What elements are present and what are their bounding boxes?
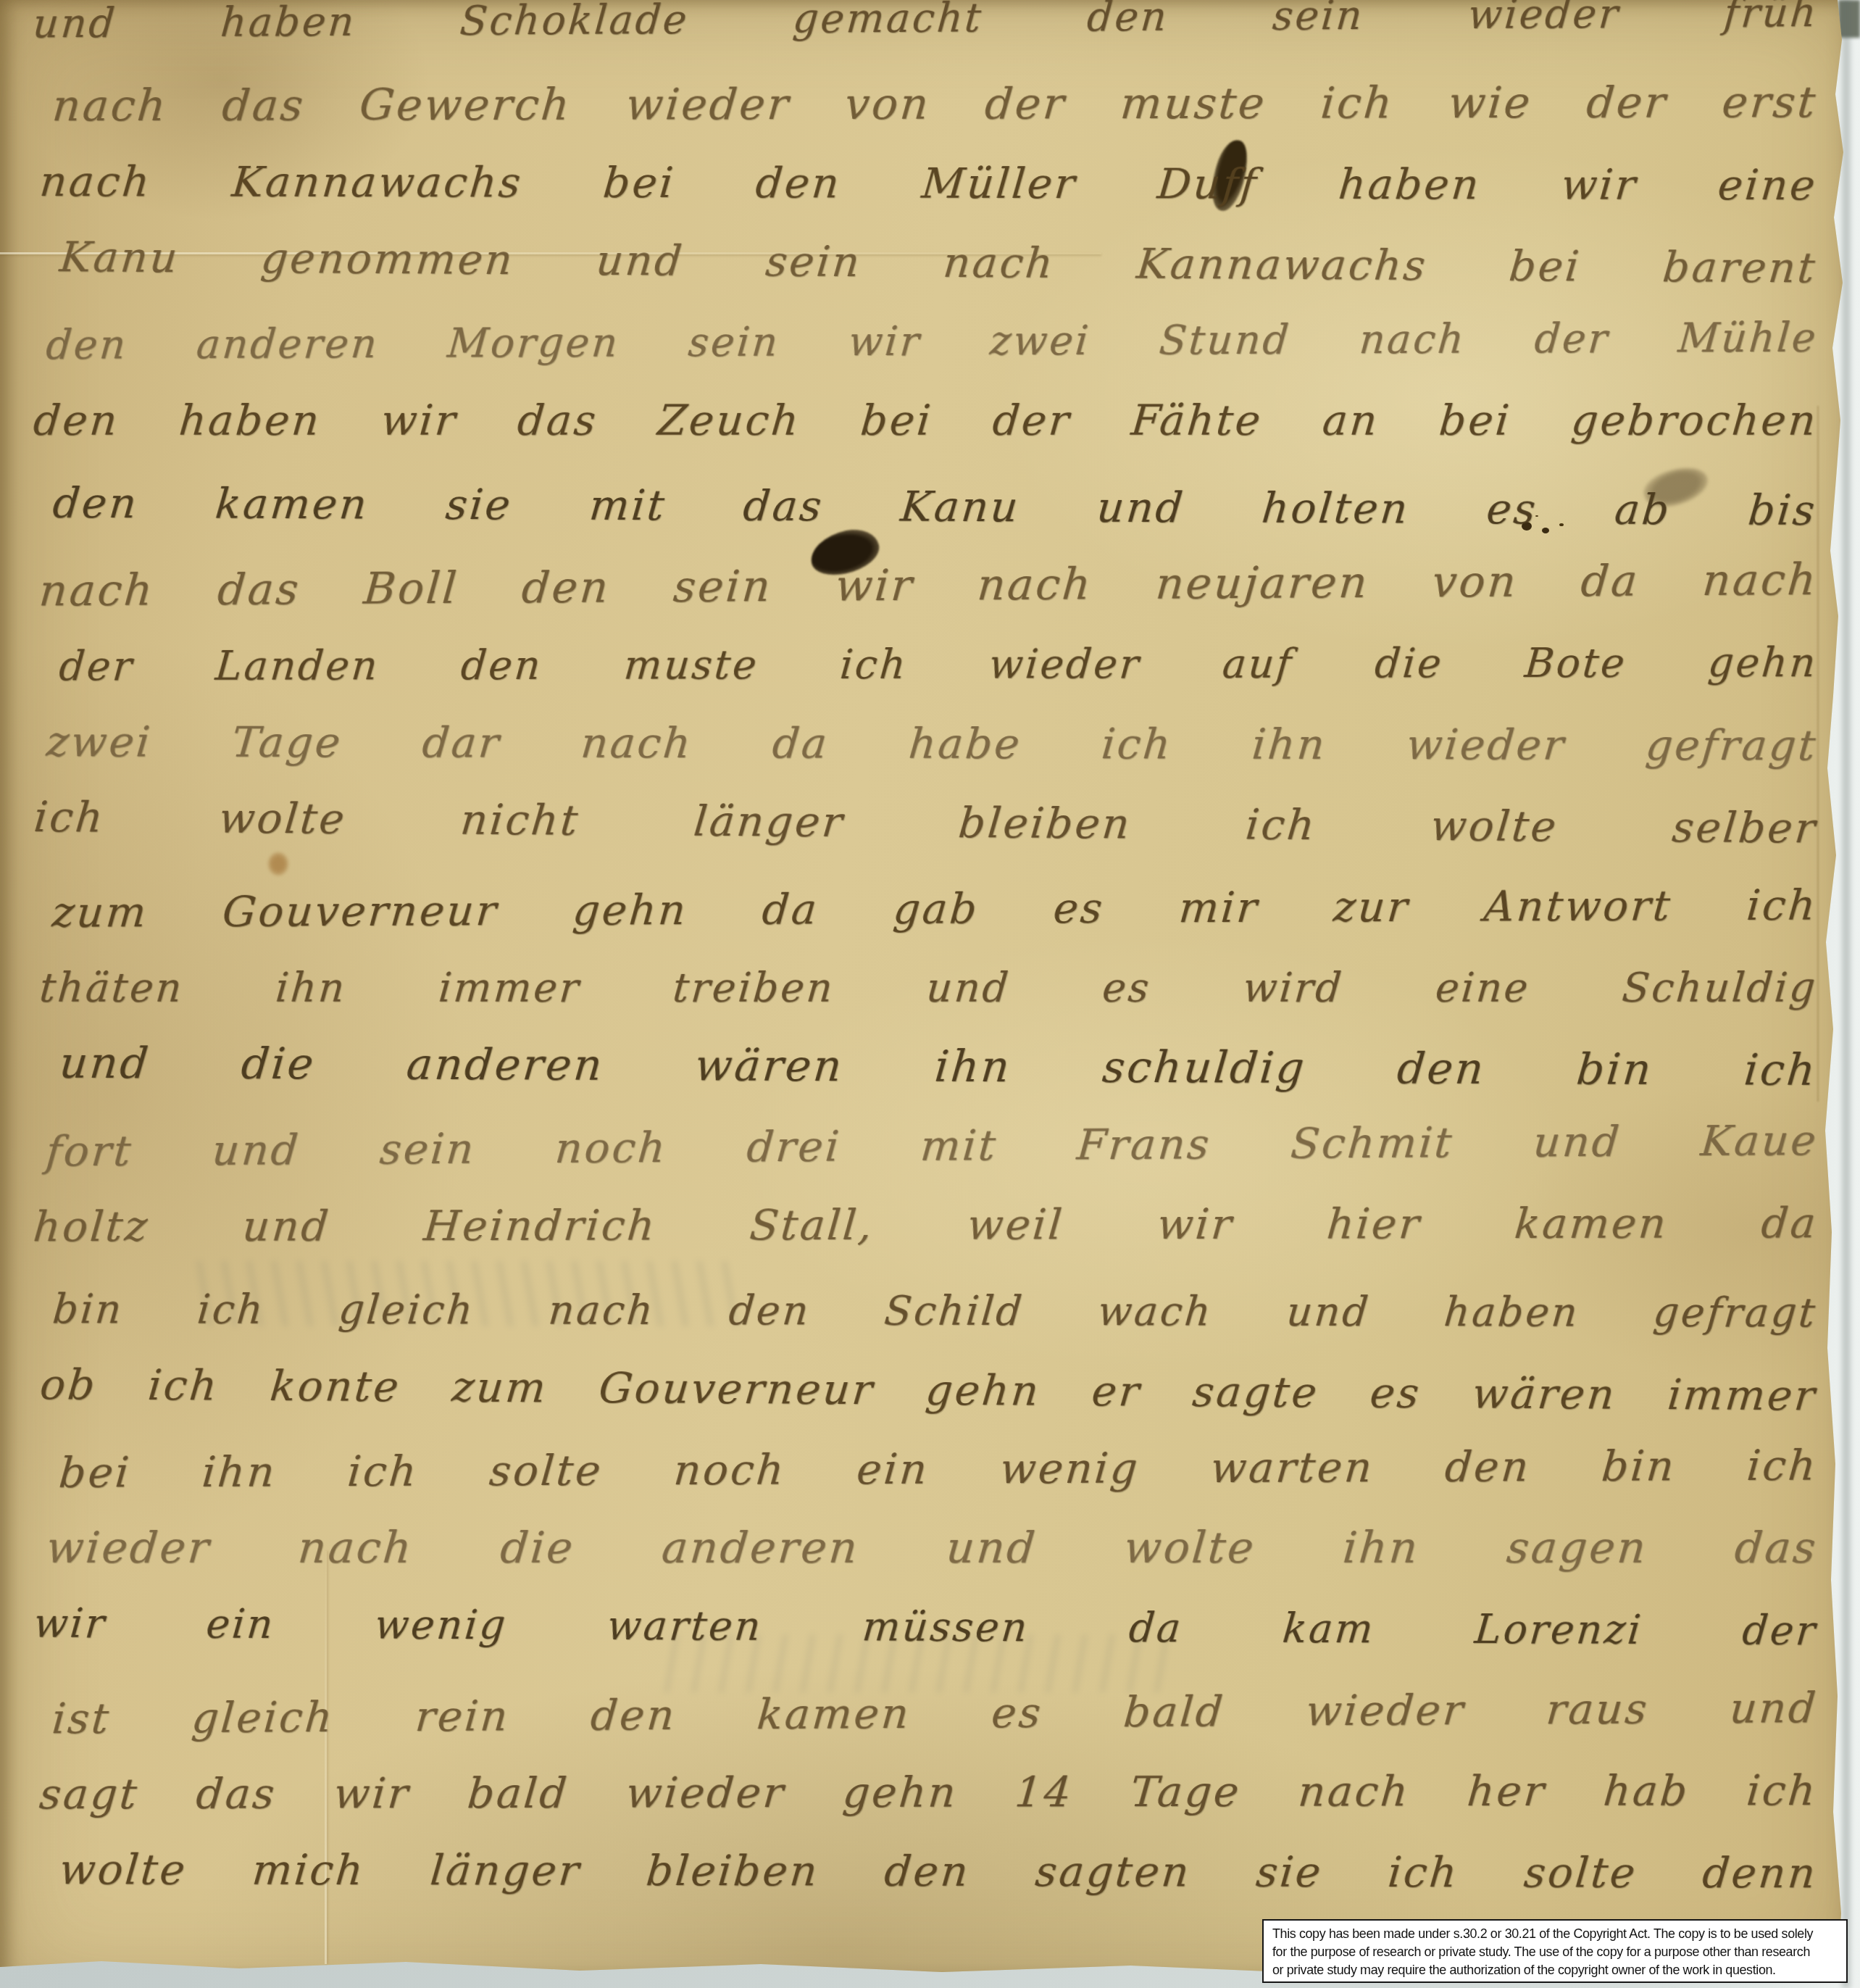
handwriting-line: bei ihn ich solte noch ein wenig warten … <box>30 1426 1821 1513</box>
handwriting-line: Kanu genommen und sein nach Kannawachs b… <box>30 217 1820 308</box>
handwriting-line: nach das Boll den sein wir nach neujaren… <box>30 540 1821 631</box>
handwriting-line: den kamen sie mit das Kanu und holten es… <box>30 463 1820 551</box>
handwriting-line: zwei Tage dar nach da habe ich ihn wiede… <box>30 702 1820 786</box>
handwriting-line: der Landen den muste ich wieder auf die … <box>30 623 1821 707</box>
handwriting-line: thäten ihn immer treiben und es wird ein… <box>30 948 1821 1028</box>
handwriting-line: wolte mich länger bleiben den sagten sie… <box>30 1829 1820 1913</box>
paper-crease-right-edge <box>1817 406 1819 1102</box>
handwriting-line: ob ich konte zum Gouverneur gehn er sagt… <box>30 1344 1820 1436</box>
handwriting-line: fort und sein noch drei mit Frans Schmit… <box>30 1100 1821 1191</box>
handwriting-line: holtz und Heindrich Stall, weil wir hier… <box>30 1183 1821 1267</box>
handwriting-line: ich wolte nicht länger bleiben ich wolte… <box>30 777 1821 868</box>
ink-blot <box>806 525 883 581</box>
handwriting-line: wieder nach die anderen und wolte ihn sa… <box>30 1508 1821 1589</box>
rust-stain <box>268 852 288 876</box>
handwriting-line: und haben Schoklade gemacht den sein wie… <box>30 0 1821 65</box>
copyright-line: This copy has been made under s.30.2 or … <box>1272 1924 1823 1942</box>
copyright-line: or private study may require the authori… <box>1272 1960 1823 1979</box>
letter-paper: und haben Schoklade gemacht den sein wie… <box>0 0 1860 1988</box>
verso-showthrough <box>652 1634 1174 1692</box>
handwriting-line: nach das Gewerch wieder von der muste ic… <box>30 62 1821 146</box>
handwriting-line: ist gleich rein den kamen es bald wieder… <box>30 1668 1821 1759</box>
handwriting-line: nach Kannawachs bei den Müller Duff habe… <box>30 141 1820 225</box>
ink-blot <box>1205 136 1254 215</box>
handwriting-text: und haben Schoklade gemacht den sein wie… <box>33 0 1817 1912</box>
handwriting-line: den haben wir das Zeuch bei der Fähte an… <box>30 380 1821 461</box>
handwriting-line: sagt das wir bald wieder gehn 14 Tage na… <box>30 1750 1821 1834</box>
paper-edge-shadow <box>1842 0 1851 1988</box>
handwriting-line: und die anderen wären ihn schuldig den b… <box>30 1023 1820 1111</box>
manuscript-scan: und haben Schoklade gemacht den sein wie… <box>0 0 1860 1988</box>
ink-splatter <box>1522 522 1532 531</box>
copyright-stamp: This copy has been made under s.30.2 or … <box>1262 1919 1848 1983</box>
ink-smudge <box>1640 460 1712 513</box>
copyright-line: for the purpose of research or private s… <box>1272 1942 1823 1960</box>
handwriting-line: zum Gouverneur gehn da gab es mir zur An… <box>30 865 1821 953</box>
handwriting-line: bin ich gleich nach den Schild wach und … <box>30 1269 1820 1353</box>
paper-crease-vertical <box>325 1551 327 1964</box>
verso-showthrough <box>188 1261 739 1326</box>
handwriting-line: wir ein wenig warten müssen da kam Loren… <box>30 1584 1821 1671</box>
handwriting-line: den anderen Morgen sein wir zwei Stund n… <box>30 298 1821 386</box>
paper-crease-horizontal <box>0 252 1101 254</box>
